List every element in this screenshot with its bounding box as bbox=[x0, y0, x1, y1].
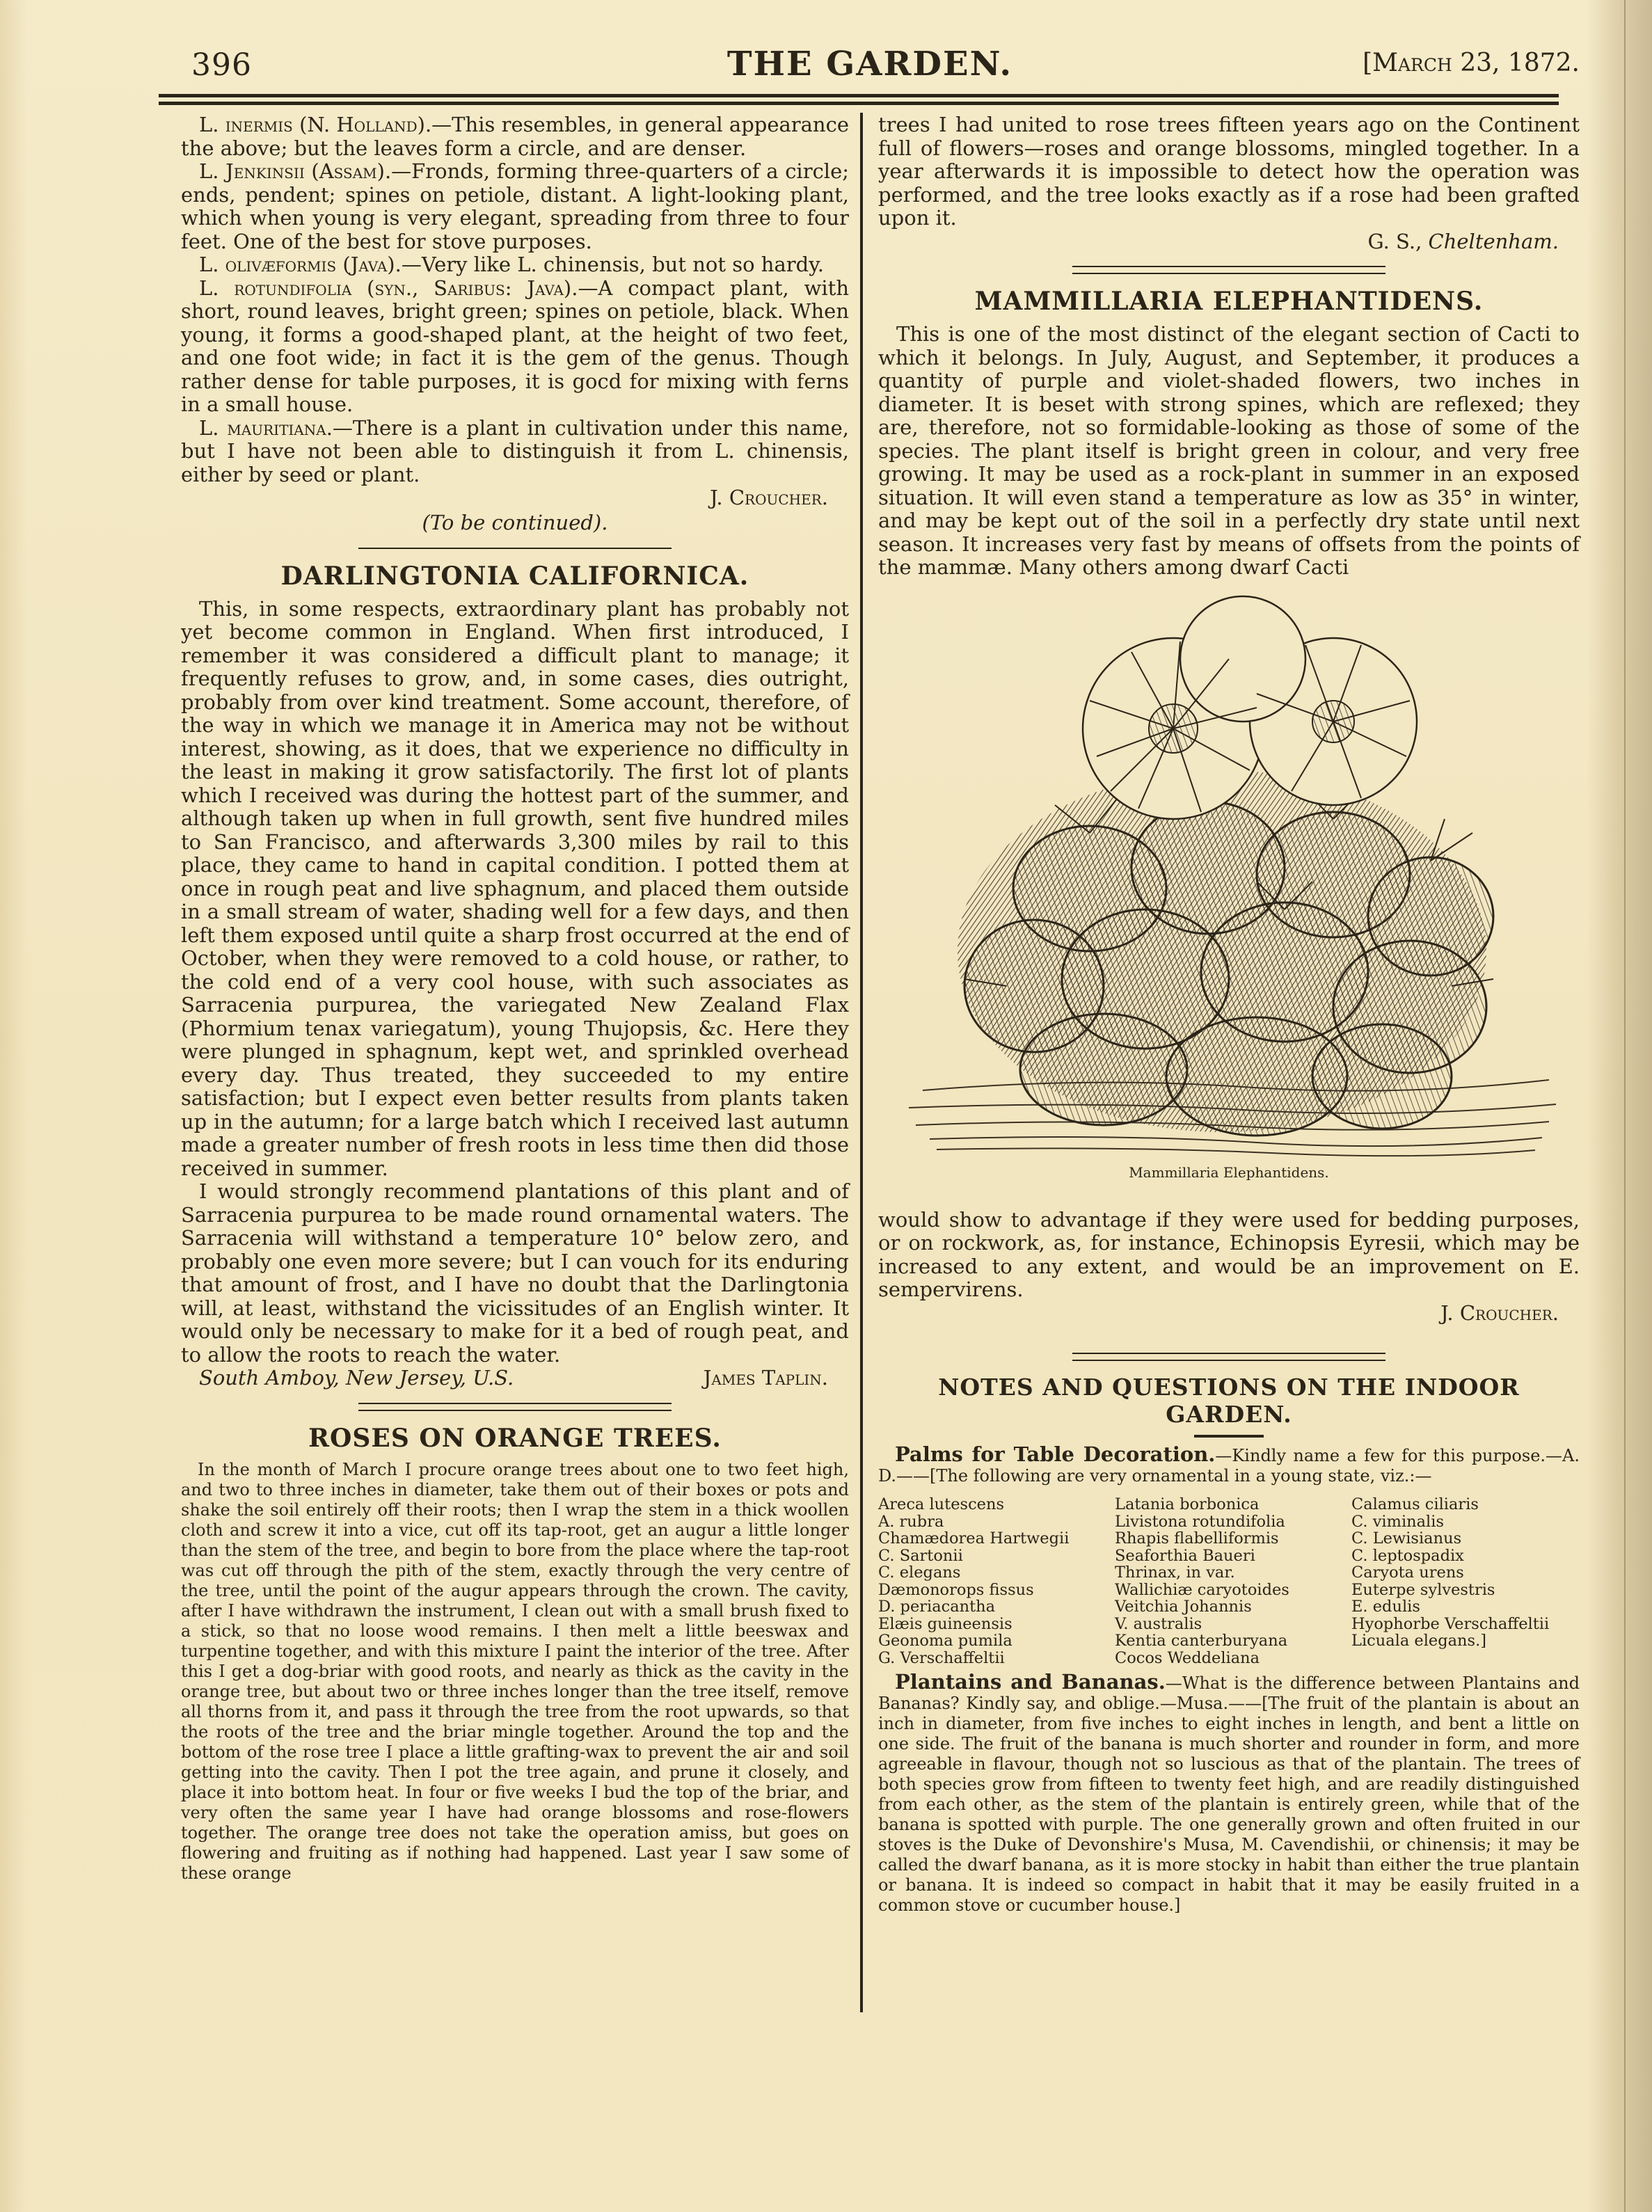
palm-list-column: Calamus ciliaris C. viminalis C. Lewisia… bbox=[1351, 1496, 1580, 1666]
article-paragraph: In the month of March I procure orange t… bbox=[181, 1460, 849, 1884]
section-divider bbox=[1194, 1435, 1264, 1438]
masthead: 396 THE GARDEN. [March 23, 1872. bbox=[160, 42, 1580, 83]
question-palms: Palms for Table Decoration.—Kindly name … bbox=[878, 1445, 1580, 1486]
article-paragraph: I would strongly recommend plantations o… bbox=[181, 1180, 849, 1367]
author-signature: J. Croucher. bbox=[878, 1302, 1580, 1326]
author-initials: G. S., bbox=[1367, 230, 1422, 253]
section-divider bbox=[358, 548, 672, 549]
article-darlingtonia: DARLINGTONIA CALIFORNICA. This, in some … bbox=[181, 562, 849, 1390]
article-paragraph: This is one of the most distinct of the … bbox=[878, 323, 1580, 580]
article-title: ROSES ON ORANGE TREES. bbox=[181, 1424, 849, 1453]
section-divider bbox=[1072, 266, 1385, 274]
latania-entry: L. Jenkinsii (Assam).—Fronds, forming th… bbox=[181, 160, 849, 253]
page-edge bbox=[1624, 0, 1628, 2212]
article-paragraph: would show to advantage if they were use… bbox=[878, 1209, 1580, 1302]
masthead-rule bbox=[159, 94, 1559, 105]
palm-list-column: Latania borbonica Livistona rotundifolia… bbox=[1115, 1496, 1351, 1666]
right-column: trees I had united to rose trees fifteen… bbox=[878, 113, 1580, 1916]
question-heading: Palms for Table Decoration. bbox=[895, 1442, 1215, 1466]
author-location: South Amboy, New Jersey, U.S. bbox=[181, 1367, 514, 1390]
author-location: Cheltenham. bbox=[1429, 230, 1559, 253]
question-plantains: Plantains and Bananas.—What is the diffe… bbox=[878, 1672, 1580, 1916]
latania-entry: L. rotundifolia (syn., Saribus: Java).—A… bbox=[181, 277, 849, 417]
section-divider bbox=[358, 1403, 672, 1411]
article-title: DARLINGTONIA CALIFORNICA. bbox=[181, 562, 849, 591]
column-divider bbox=[860, 113, 863, 2012]
article-roses: ROSES ON ORANGE TREES. In the month of M… bbox=[181, 1424, 849, 1884]
palm-list-column: Areca lutescens A. rubra Chamædorea Hart… bbox=[878, 1496, 1115, 1666]
author-signature: J. Croucher. bbox=[181, 486, 849, 510]
latania-entry: L. olivæformis (Java).—Very like L. chin… bbox=[181, 253, 849, 277]
latania-entry: L. mauritiana.—There is a plant in culti… bbox=[181, 417, 849, 487]
section-divider bbox=[1072, 1353, 1385, 1361]
issue-date: [March 23, 1872. bbox=[1363, 49, 1580, 77]
article-paragraph-continued: trees I had united to rose trees fifteen… bbox=[878, 113, 1580, 230]
notes-and-questions: NOTES AND QUESTIONS ON THE INDOOR GARDEN… bbox=[878, 1374, 1580, 1916]
left-column: L. inermis (N. Holland).—This resembles,… bbox=[181, 113, 849, 1884]
section-title: NOTES AND QUESTIONS ON THE INDOOR GARDEN… bbox=[878, 1374, 1580, 1428]
palm-list: Areca lutescens A. rubra Chamædorea Hart… bbox=[878, 1496, 1580, 1666]
article-paragraph: This, in some respects, extraordinary pl… bbox=[181, 598, 849, 1181]
latania-entry: L. inermis (N. Holland).—This resembles,… bbox=[181, 113, 849, 160]
cactus-illustration-icon bbox=[878, 589, 1580, 1160]
article-title: MAMMILLARIA ELEPHANTIDENS. bbox=[878, 287, 1580, 316]
figure-caption: Mammillaria Elephantidens. bbox=[878, 1164, 1580, 1181]
article-signature: South Amboy, New Jersey, U.S. James Tapl… bbox=[181, 1367, 849, 1390]
article-mammillaria: MAMMILLARIA ELEPHANTIDENS. This is one o… bbox=[878, 287, 1580, 1325]
question-heading: Plantains and Bananas. bbox=[895, 1670, 1166, 1694]
to-be-continued: (To be continued). bbox=[181, 510, 849, 535]
author-name: James Taplin. bbox=[704, 1367, 828, 1390]
cactus-engraving bbox=[878, 589, 1580, 1160]
latania-entries: L. inermis (N. Holland).—This resembles,… bbox=[181, 113, 849, 486]
article-signature: G. S., Cheltenham. bbox=[878, 230, 1580, 254]
